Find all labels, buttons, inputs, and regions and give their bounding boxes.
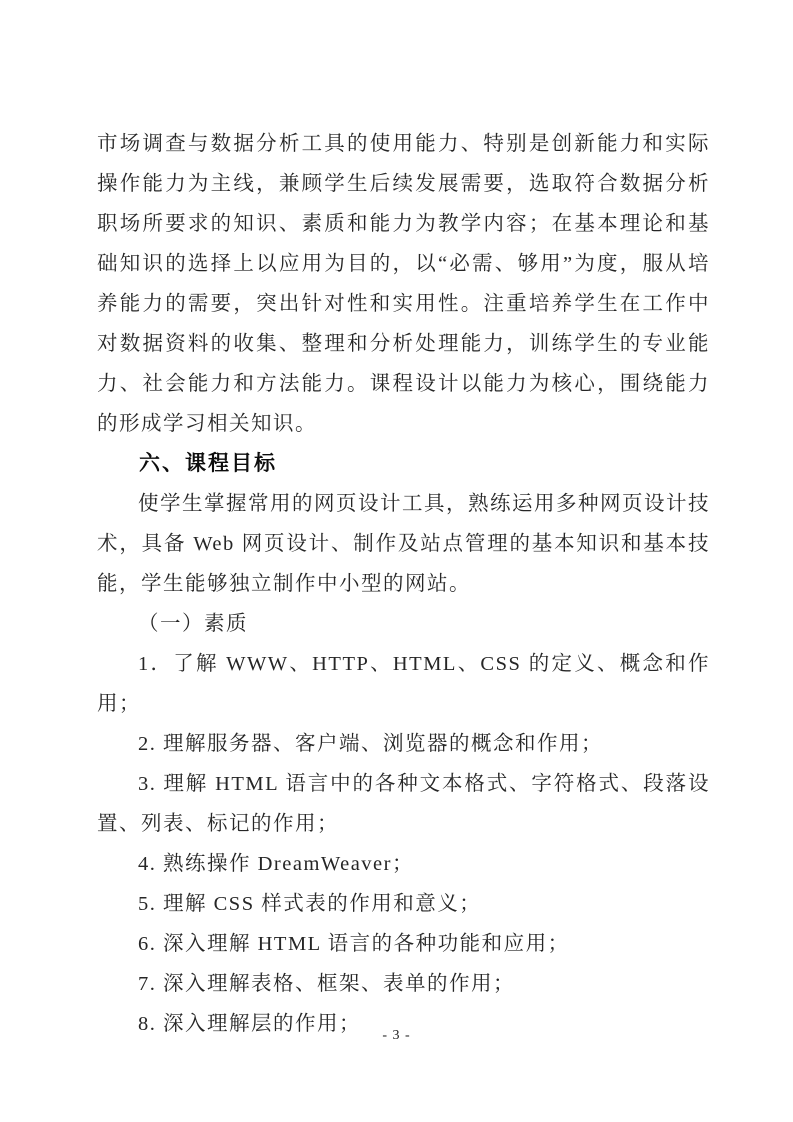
page-content: 市场调查与数据分析工具的使用能力、特别是创新能力和实际操作能力为主线，兼顾学生后…: [97, 124, 710, 1044]
list-item: 1．了解 WWW、HTTP、HTML、CSS 的定义、概念和作用；: [97, 644, 710, 724]
paragraph-continuation: 市场调查与数据分析工具的使用能力、特别是创新能力和实际操作能力为主线，兼顾学生后…: [97, 124, 710, 444]
list-item: 3. 理解 HTML 语言中的各种文本格式、字符格式、段落设置、列表、标记的作用…: [97, 764, 710, 844]
list-item: 4. 熟练操作 DreamWeaver；: [97, 844, 710, 884]
document-page: 市场调查与数据分析工具的使用能力、特别是创新能力和实际操作能力为主线，兼顾学生后…: [0, 0, 793, 1122]
paragraph-course-goal: 使学生掌握常用的网页设计工具，熟练运用多种网页设计技术，具备 Web 网页设计、…: [97, 484, 710, 604]
section-heading-course-goals: 六、课程目标: [97, 444, 710, 484]
list-item: 6. 深入理解 HTML 语言的各种功能和应用；: [97, 924, 710, 964]
page-number: - 3 -: [0, 1026, 793, 1046]
list-item: 7. 深入理解表格、框架、表单的作用；: [97, 964, 710, 1004]
subsection-heading-quality: （一）素质: [97, 604, 710, 644]
list-item: 2. 理解服务器、客户端、浏览器的概念和作用；: [97, 724, 710, 764]
numbered-list: 1．了解 WWW、HTTP、HTML、CSS 的定义、概念和作用； 2. 理解服…: [97, 644, 710, 1044]
list-item: 5. 理解 CSS 样式表的作用和意义；: [97, 884, 710, 924]
